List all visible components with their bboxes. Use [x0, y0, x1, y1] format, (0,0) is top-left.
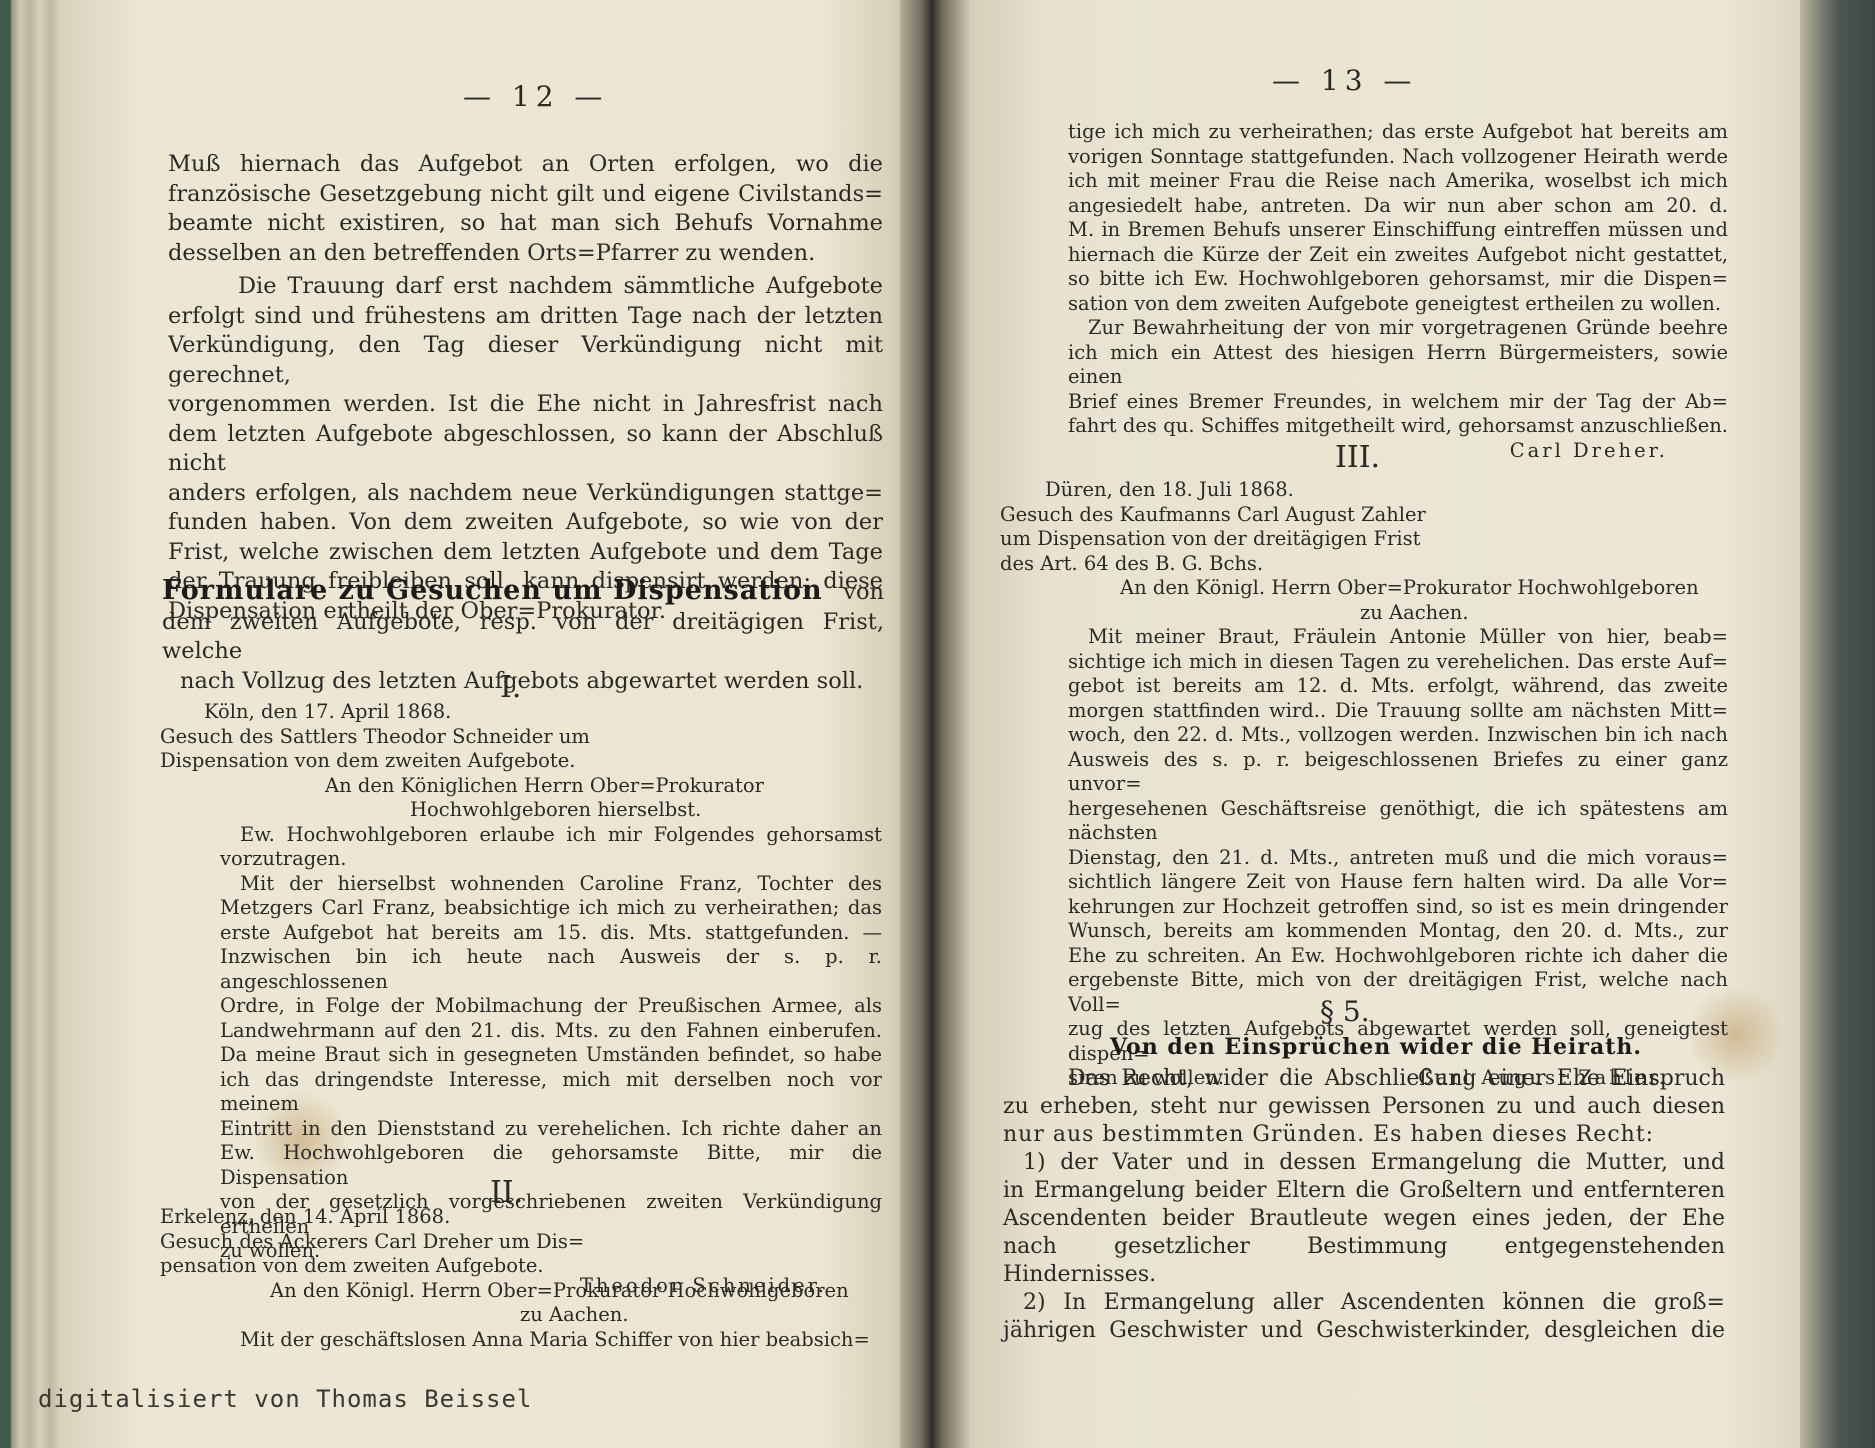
- form-subject: Gesuch des Kaufmanns Carl August Zahler: [1000, 503, 1728, 528]
- text-line: französische Gesetzgebung nicht gilt und…: [168, 180, 883, 210]
- text-line: Ehe zu schreiten. An Ew. Hochwohlgeboren…: [1068, 944, 1728, 969]
- forms-heading-title: Formulare zu Gesuchen um Dispensation: [162, 576, 823, 606]
- text-line: tige ich mich zu verheirathen; das erste…: [1068, 120, 1728, 145]
- text-line: Die Trauung darf erst nachdem sämmtliche…: [168, 272, 883, 302]
- text-line: erfolgt sind und frühestens am dritten T…: [168, 302, 883, 332]
- text-line: Ausweis des s. p. r. beigeschlossenen Br…: [1068, 748, 1728, 797]
- left-para-2: Die Trauung darf erst nachdem sämmtliche…: [168, 272, 883, 626]
- text-line: zu erheben, steht nur gewissen Personen …: [1003, 1093, 1725, 1121]
- text-line: so bitte ich Ew. Hochwohlgeboren gehorsa…: [1068, 267, 1728, 292]
- text-line: Frist, welche zwischen dem letzten Aufge…: [168, 538, 883, 568]
- text-line: hergesehenen Geschäftsreise genöthigt, d…: [1068, 797, 1728, 846]
- open-book-scan: — 12 — Muß hiernach das Aufgebot an Orte…: [0, 0, 1875, 1448]
- text-line: Eintritt in den Dienststand zu verehelic…: [220, 1117, 882, 1142]
- text-line: erste Aufgebot hat bereits am 15. dis. M…: [220, 921, 882, 946]
- left-para-1: Muß hiernach das Aufgebot an Orten erfol…: [168, 150, 883, 268]
- text-line: angesiedelt habe, antreten. Da wir nun a…: [1068, 194, 1728, 219]
- text-line: dem zweiten Aufgebote, resp. von der dre…: [162, 608, 884, 667]
- text-line: hiernach die Kürze der Zeit ein zweites …: [1068, 243, 1728, 268]
- text-line: dem letzten Aufgebote abgeschlossen, so …: [168, 420, 883, 479]
- text-line: vorzutragen.: [220, 847, 882, 872]
- text-line: von: [843, 578, 884, 608]
- text-line: morgen stattfinden wird.. Die Trauung so…: [1068, 699, 1728, 724]
- text-line: fahrt des qu. Schiffes mitgetheilt wird,…: [1068, 414, 1728, 439]
- text-line: Zur Bewahrheitung der von mir vorgetrage…: [1068, 316, 1728, 341]
- text-line: Ew. Hochwohlgeboren erlaube ich mir Folg…: [220, 823, 882, 848]
- text-line: ich das dringendste Interesse, mich mit …: [220, 1068, 882, 1117]
- text-line: Wunsch, bereits am kommenden Montag, den…: [1068, 919, 1728, 944]
- form-numeral-3: III.: [1335, 440, 1380, 475]
- text-line: Muß hiernach das Aufgebot an Orten erfol…: [168, 150, 883, 180]
- text-line: vorgenommen werden. Ist die Ehe nicht in…: [168, 390, 883, 420]
- text-line: Mit meiner Braut, Fräulein Antonie Mülle…: [1068, 625, 1728, 650]
- book-cover-edge-right: [1800, 0, 1875, 1448]
- text-line: Inzwischen bin ich heute nach Ausweis de…: [220, 945, 882, 994]
- text-line: ich mit meiner Frau die Reise nach Ameri…: [1068, 169, 1728, 194]
- form-subject: Dispensation von dem zweiten Aufgebote.: [160, 749, 882, 774]
- page-number-left: — 12 —: [463, 80, 608, 113]
- form-date: Düren, den 18. Juli 1868.: [1000, 478, 1728, 503]
- text-line: Landwehrmann auf den 21. dis. Mts. zu de…: [220, 1019, 882, 1044]
- form-date: Köln, den 17. April 1868.: [160, 700, 882, 725]
- form-subject: Gesuch des Sattlers Theodor Schneider um: [160, 725, 882, 750]
- text-line: Das Recht, wider die Abschließung einer …: [1003, 1065, 1725, 1093]
- text-line: in Ermangelung beider Eltern die Großelt…: [1003, 1177, 1725, 1205]
- text-line: Mit der hierselbst wohnenden Caroline Fr…: [220, 872, 882, 897]
- text-line: ich mich ein Attest des hiesigen Herrn B…: [1068, 341, 1728, 390]
- text-line: vorigen Sonntage stattgefunden. Nach vol…: [1068, 145, 1728, 170]
- forms-heading: Formulare zu Gesuchen um Dispensation vo…: [162, 576, 884, 696]
- text-line: Da meine Braut sich in gesegneten Umstän…: [220, 1043, 882, 1068]
- text-line: Brief eines Bremer Freundes, in welchem …: [1068, 390, 1728, 415]
- form-addressee: An den Königl. Herrn Ober=Prokurator Hoc…: [1000, 576, 1728, 601]
- text-line: Metzgers Carl Franz, beabsichtige ich mi…: [220, 896, 882, 921]
- section-title: Von den Einsprüchen wider die Heirath.: [1110, 1033, 1642, 1063]
- text-line: beamte nicht existiren, so hat man sich …: [168, 209, 883, 239]
- form-addressee: zu Aachen.: [1000, 601, 1728, 626]
- text-line: Ascendenten beider Brautleute wegen eine…: [1003, 1205, 1725, 1233]
- text-line: Dienstag, den 21. d. Mts., antreten muß …: [1068, 846, 1728, 871]
- form-addressee: An den Königlichen Herrn Ober=Prokurator: [160, 774, 882, 799]
- text-line: nach gesetzlicher Bestimmung entgegenste…: [1003, 1233, 1725, 1289]
- form-subject: Gesuch des Ackerers Carl Dreher um Dis=: [160, 1230, 882, 1255]
- text-line: nach Vollzug des letzten Aufgebots abgew…: [162, 667, 884, 697]
- text-line: ergebenste Bitte, mich von der dreitägig…: [1068, 968, 1728, 1017]
- digitization-watermark: digitalisiert von Thomas Beissel: [38, 1385, 532, 1413]
- text-line: 1) der Vater und in dessen Ermangelung d…: [1003, 1149, 1725, 1177]
- text-line: sichtlich längere Zeit von Hause fern ha…: [1068, 870, 1728, 895]
- form-subject: pensation von dem zweiten Aufgebote.: [160, 1254, 882, 1279]
- text-line: 2) In Ermangelung aller Ascendenten könn…: [1003, 1289, 1725, 1317]
- book-gutter: [900, 0, 970, 1448]
- text-line: kehrungen zur Hochzeit getroffen sind, s…: [1068, 895, 1728, 920]
- text-line: sichtige ich mich in diesen Tagen zu ver…: [1068, 650, 1728, 675]
- text-line: Ew. Hochwohlgeboren die gehorsamste Bitt…: [220, 1141, 882, 1190]
- text-line: Mit der geschäftslosen Anna Maria Schiff…: [160, 1328, 882, 1353]
- text-line: anders erfolgen, als nachdem neue Verkün…: [168, 479, 883, 509]
- form-addressee: zu Aachen.: [160, 1303, 882, 1328]
- page-number-right: — 13 —: [1272, 64, 1417, 97]
- text-line: woch, den 22. d. Mts., vollzogen werden.…: [1068, 723, 1728, 748]
- text-line: desselben an den betreffenden Orts=Pfarr…: [168, 239, 883, 269]
- section-number: § 5.: [1320, 995, 1370, 1028]
- form-2-continued: tige ich mich zu verheirathen; das erste…: [1068, 120, 1728, 463]
- form-2: Erkelenz, den 14. April 1868. Gesuch des…: [160, 1205, 882, 1352]
- form-subject: des Art. 64 des B. G. Bchs.: [1000, 552, 1728, 577]
- form-subject: um Dispensation von der dreitägigen Fris…: [1000, 527, 1728, 552]
- page-edges-left: [0, 0, 62, 1448]
- form-date: Erkelenz, den 14. April 1868.: [160, 1205, 882, 1230]
- form-addressee: Hochwohlgeboren hierselbst.: [160, 798, 882, 823]
- text-line: Verkündigung, den Tag dieser Verkündigun…: [168, 331, 883, 390]
- text-line: M. in Bremen Behufs unserer Einschiffung…: [1068, 218, 1728, 243]
- text-line: gebot ist bereits am 12. d. Mts. erfolgt…: [1068, 674, 1728, 699]
- section-body: Das Recht, wider die Abschließung einer …: [1003, 1065, 1725, 1345]
- text-line: nur aus bestimmten Gründen. Es haben die…: [1003, 1121, 1725, 1149]
- text-line: funden haben. Von dem zweiten Aufgebote,…: [168, 508, 883, 538]
- text-line: Ordre, in Folge der Mobilmachung der Pre…: [220, 994, 882, 1019]
- text-line: sation von dem zweiten Aufgebote geneigt…: [1068, 292, 1728, 317]
- form-signature: Carl Dreher.: [1068, 439, 1728, 464]
- form-addressee: An den Königl. Herrn Ober=Prokurator Hoc…: [160, 1279, 882, 1304]
- text-line: jährigen Geschwister und Geschwisterkind…: [1003, 1317, 1725, 1345]
